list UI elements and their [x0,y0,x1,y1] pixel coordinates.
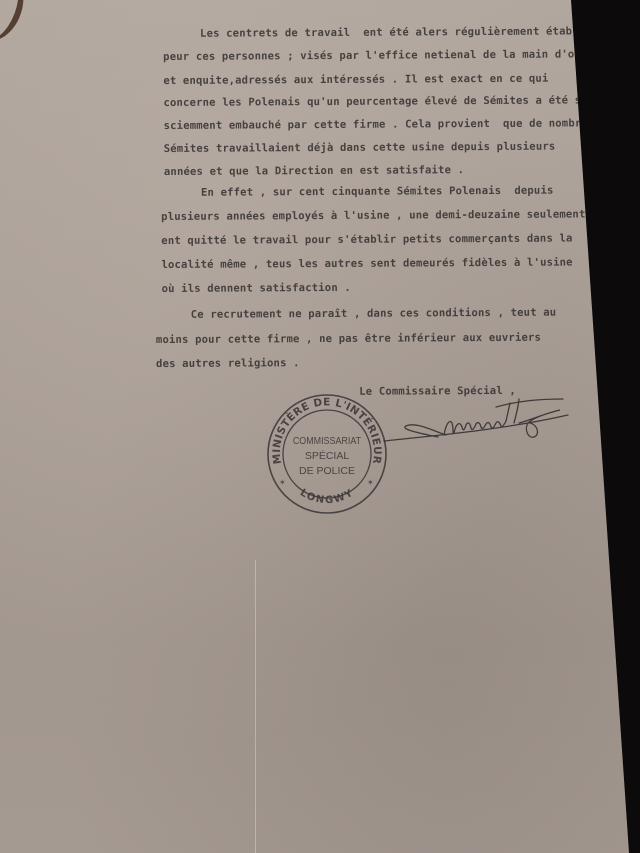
stamp-center-line: DE POLICE [299,465,355,477]
text-line: des autres religions . [156,357,300,370]
text-line: Les centrets de travail ent été alers ré… [200,25,592,39]
text-line: moins pour cette firme , ne pas être inf… [156,332,541,346]
text-line: localité même , teus les autres sent dem… [161,256,572,271]
svg-text:LONGWY: LONGWY [298,487,356,506]
text-line: et enquite,adressés aux intéressés . Il … [163,73,548,87]
stamp-center-line: COMMISSARIAT [293,435,361,447]
text-line: ent quitté le travail pour s'établir pet… [161,232,572,247]
text-line: Sémites travaillaient déjà dans cette us… [164,141,556,155]
stamp-ring-bottom: LONGWY [298,487,356,506]
text-line: Ce recrutement ne paraît , dans ces cond… [191,307,557,321]
text-line: où ils dennent satisfaction . [162,282,351,295]
document-page: Les centrets de travail ent été alers ré… [0,0,640,853]
svg-text:✶: ✶ [367,478,374,487]
signature-icon [378,393,588,455]
text-line: sciemment embauché par cette firme . Cel… [164,117,601,132]
stamp-icon: MINISTÈRE DE L'INTÉRIEUR LONGWY ✶ ✶ COMM… [265,392,389,516]
text-line: concerne les Polenais qu'un peurcentage … [163,94,607,109]
stamp-center-line: SPÉCIAL [305,449,350,462]
text-line: années et que la Direction en est satisf… [164,164,464,178]
handwritten-signature [378,393,588,455]
text-line: En effet , sur cent cinquante Sémites Po… [201,185,554,199]
text-line: peur ces personnes ; visés par l'effice … [163,48,607,63]
text-line: plusieurs années employés à l'usine , un… [161,208,585,223]
official-stamp: MINISTÈRE DE L'INTÉRIEUR LONGWY ✶ ✶ COMM… [265,392,389,516]
svg-text:✶: ✶ [279,478,286,487]
